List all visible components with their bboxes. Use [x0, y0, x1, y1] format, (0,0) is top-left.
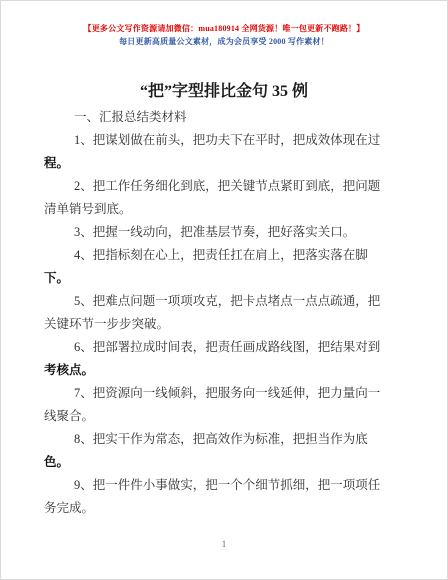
paragraph-line: 8、把实干作为常态，把高效作为标准，把担当作为底 [44, 428, 389, 451]
paragraph-line: 务完成。 [44, 497, 389, 520]
page-title: “把”字型排比金句 35 例 [1, 81, 447, 102]
paragraph-line: 色。 [44, 451, 389, 474]
paragraph-line: 5、把难点问题一项项攻克，把卡点堵点一点点疏通，把 [44, 290, 389, 313]
paragraph-line: 6、把部署拉成时间表，把责任画成路线图，把结果对到 [44, 336, 389, 359]
document-body: 一、汇报总结类材料 1、把谋划做在前头，把功夫下在平时，把成效体现在过程。2、把… [1, 106, 447, 520]
paragraph-line: 程。 [44, 152, 389, 175]
paragraph-line: 1、把谋划做在前头，把功夫下在平时，把成效体现在过 [44, 129, 389, 152]
paragraph-line: 9、把一件件小事做实，把一个个细节抓细，把一项项任 [44, 474, 389, 497]
document-page: 【更多公文写作资源请加微信：mua180914 全网货源！唯一包更新不跑路！】 … [0, 0, 448, 580]
paragraph-line: 3、把握一线动向，把准基层节奏，把好落实关口。 [44, 221, 389, 244]
paragraph-line: 清单销号到底。 [44, 198, 389, 221]
paragraph-line: 2、把工作任务细化到底，把关键节点紧盯到底，把问题 [44, 175, 389, 198]
page-number: 1 [1, 539, 447, 549]
section-heading: 一、汇报总结类材料 [44, 106, 389, 129]
paragraph-line: 关键环节一步步突破。 [44, 313, 389, 336]
paragraph-line: 下。 [44, 267, 389, 290]
paragraph-line: 考核点。 [44, 359, 389, 382]
paragraph-line: 4、把指标刻在心上，把责任扛在肩上，把落实落在脚 [44, 244, 389, 267]
paragraph-line: 线聚合。 [44, 405, 389, 428]
watermark-line-2: 每日更新高质量公文素材，成为会员享受 2000 写作素材！ [1, 35, 447, 48]
watermark-line-1: 【更多公文写作资源请加微信：mua180914 全网货源！唯一包更新不跑路！】 [1, 22, 447, 35]
watermark-header: 【更多公文写作资源请加微信：mua180914 全网货源！唯一包更新不跑路！】 … [1, 1, 447, 48]
paragraph-line: 7、把资源向一线倾斜，把服务向一线延伸，把力量向一 [44, 382, 389, 405]
